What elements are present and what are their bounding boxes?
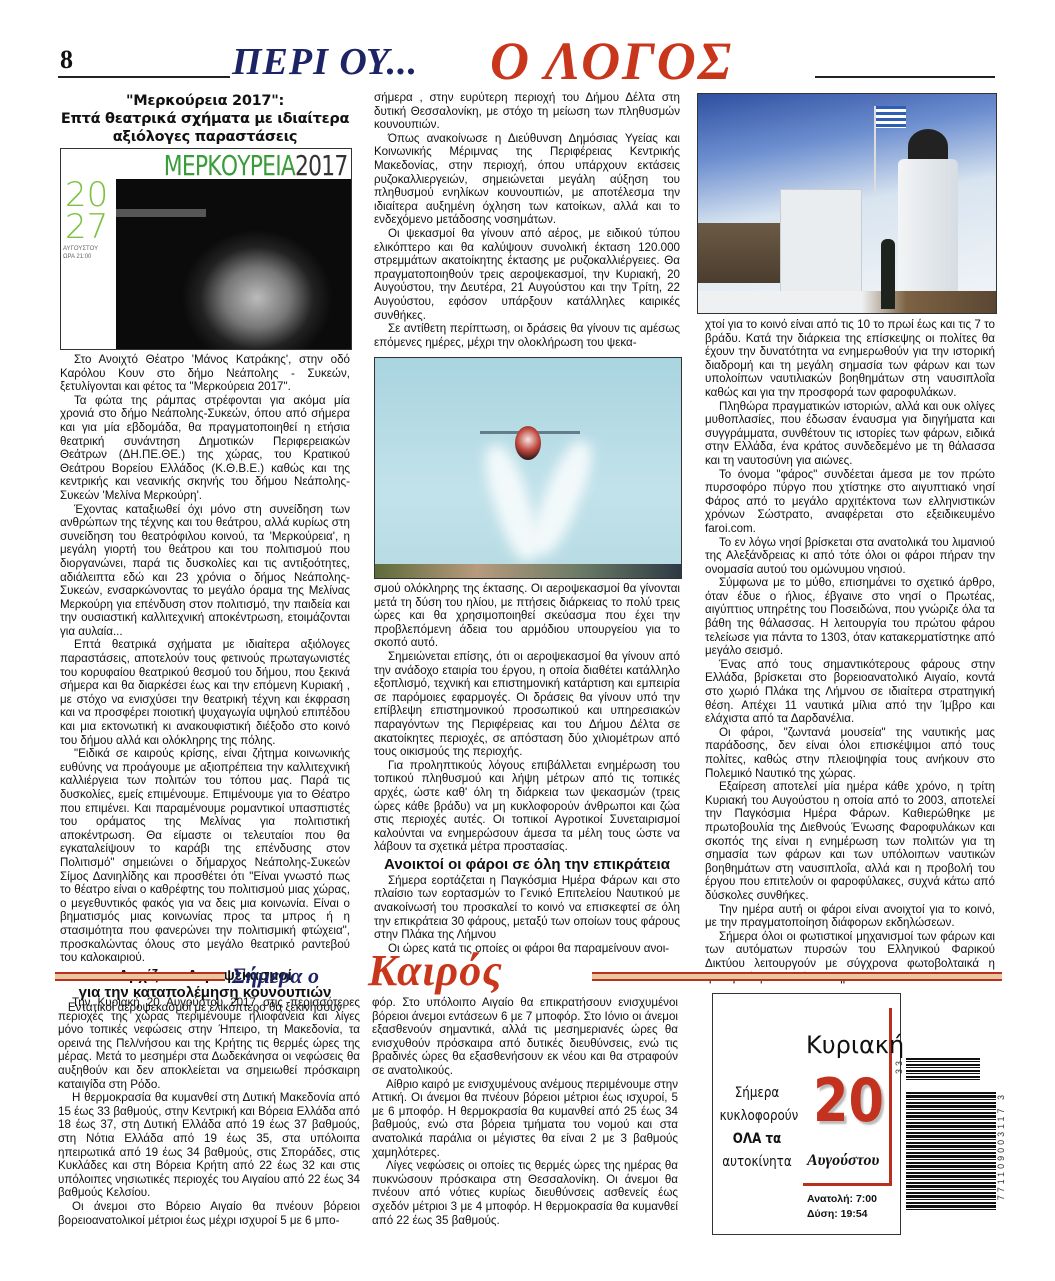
paragraph: Πληθώρα πραγματικών ιστοριών, αλλά και ο… [705,400,995,468]
page-number: 8 [60,45,73,75]
paragraph: φόρ. Στο υπόλοιπο Αιγαίο θα επικρατήσουν… [372,996,678,1078]
barcode: 33 771109003117 3 [896,1050,996,1210]
paragraph: Ένας από τους σημαντικότερους φάρους στη… [705,658,995,726]
paragraph: Στο Ανοιχτό Θέατρο 'Μάνος Κατράκης', στη… [60,353,350,394]
paragraph: "Ειδικά σε καιρούς κρίσης, είναι ζήτημα … [60,747,350,965]
paragraph: Σύμφωνα με το μύθο, επισημάνει το σχετικ… [705,576,995,658]
sunrise: Ανατολή: 7:00 [807,1192,877,1207]
sunset: Δύση: 19:54 [807,1207,877,1222]
spraying-body-top: σήμερα , στην ευρύτερη περιοχή του Δήμου… [374,91,680,349]
paragraph: Το όνομα "φάρος" συνδέεται άμεσα με τον … [705,468,995,536]
paragraph: Σήμερα εορτάζεται η Παγκόσμια Ημέρα Φάρω… [374,874,680,942]
month-name: Αυγούστου [807,1152,879,1170]
weather-col-1: Την Κυριακή 20 Αυγούστου 2017 στις περισ… [58,996,360,1227]
weather-banner-prefix: Σήμερα ο [232,963,319,989]
masthead-rule-right [815,76,995,78]
lighthouse-icon [898,159,958,299]
paragraph: Έχοντας καταξιωθεί όχι μόνο στη συνείδησ… [60,503,350,639]
paragraph: Οι άνεμοι στο Βόρειο Αιγαίο θα πνέουν βό… [58,1200,360,1227]
headline-line: αξιόλογες παραστάσεις [60,128,350,146]
masthead-rule-left [58,76,230,78]
paragraph: Η θερμοκρασία θα κυμανθεί στη Δυτική Μακ… [58,1091,360,1200]
paragraph: Οι φάροι, "ζωντανά μουσεία" της ναυτικής… [705,726,995,780]
barcode-main-icon [906,1092,996,1210]
helicopter-icon [515,426,541,460]
weather-banner-rule-left [55,972,225,981]
weather-banner-title: Καιρός [368,945,503,996]
paragraph: Για προληπτικούς λόγους επιβάλλεται ενημ… [374,759,680,854]
actress-portrait-image [116,179,351,349]
paragraph: Εξαίρεση αποτελεί μία ημέρα κάθε χρόνο, … [705,780,995,902]
paragraph: σμού ολόκληρης της έκτασης. Οι αεροψεκασ… [374,582,680,650]
masthead-title: Ο ΛΟΓΟΣ [490,30,733,92]
day-name: Κυριακή [806,1031,904,1059]
merkoureia-headline: "Μερκούρεια 2017": Επτά θεατρικά σχήματα… [60,92,350,146]
merkoureia-poster-photo: ΜΕΡΚΟΥΡΕΙΑ2017 20 27 ΑΥΓΟΥΣΤΟΥ ΩΡΑ 21:00 [60,148,352,350]
masthead-section: ΠΕΡΙ ΟΥ... [232,40,418,84]
paragraph: Την ημέρα αυτή οι φάροι είναι ανοιχτοί γ… [705,903,995,930]
headline-line: Επτά θεατρικά σχήματα με ιδιαίτερα [60,110,350,128]
poster-small-text: ΑΥΓΟΥΣΤΟΥ ΩΡΑ 21:00 [63,245,98,261]
paragraph: Αίθριο καιρό με ενισχυμένους ανέμους περ… [372,1078,678,1160]
sun-times: Ανατολή: 7:00 Δύση: 19:54 [807,1192,877,1222]
paragraph: Τα φώτα της ράμπας στρέφονται για ακόμα … [60,394,350,503]
date-box: Σήμερα κυκλοφορούν ΟΛΑ τα αυτοκίνητα Κυρ… [712,993,901,1235]
greek-flag-icon [876,106,906,128]
barcode-small-digits: 33 [894,1058,904,1074]
lighthouses-headline: Ανοικτοί οι φάροι σε όλη την επικράτεια [374,856,680,873]
paragraph: Σε αντίθετη περίπτωση, οι δράσεις θα γίν… [374,322,680,349]
barcode-addon-icon [906,1058,980,1080]
day-number: 20 [813,1066,884,1136]
lighthouse-photo [697,93,997,314]
person-figure [881,239,895,309]
headline-line: "Μερκούρεια 2017": [60,92,350,110]
paragraph: Λίγες νεφώσεις οι οποίες τις θερμές ώρες… [372,1159,678,1227]
weather-col-2: φόρ. Στο υπόλοιπο Αιγαίο θα επικρατήσουν… [372,996,678,1227]
paragraph: Οι ψεκασμοί θα γίνουν από αέρος, με ειδι… [374,227,680,322]
paragraph: Όπως ανακοίνωσε η Διεύθυνση Δημόσιας Υγε… [374,132,680,227]
barcode-main-digits: 771109003117 3 [996,1092,1006,1200]
helicopter-photo [374,357,682,579]
spraying-body-bottom: σμού ολόκληρης της έκτασης. Οι αεροψεκασ… [374,582,680,955]
paragraph: Επτά θεατρικά σχήματα με ιδιαίτερα αξιόλ… [60,638,350,747]
paragraph: Το εν λόγω νησί βρίσκεται στα ανατολικά … [705,536,995,577]
paragraph: Την Κυριακή 20 Αυγούστου 2017 στις περισ… [58,996,360,1091]
paragraph: χτοί για το κοινό είναι από τις 10 το πρ… [705,318,995,400]
paragraph: σήμερα , στην ευρύτερη περιοχή του Δήμου… [374,91,680,132]
weather-banner-rule-right [592,972,1002,981]
lighthouses-body: χτοί για το κοινό είναι από τις 10 το πρ… [705,318,995,984]
poster-title: ΜΕΡΚΟΥΡΕΙΑ2017 [163,149,347,182]
traffic-notice: Σήμερα κυκλοφορούν ΟΛΑ τα αυτοκίνητα [720,1082,795,1174]
poster-dates: 20 27 [65,179,108,243]
paragraph: Σημειώνεται επίσης, ότι οι αεροψεκασμοί … [374,650,680,759]
merkoureia-body: Στο Ανοιχτό Θέατρο 'Μάνος Κατράκης', στη… [60,353,350,1014]
